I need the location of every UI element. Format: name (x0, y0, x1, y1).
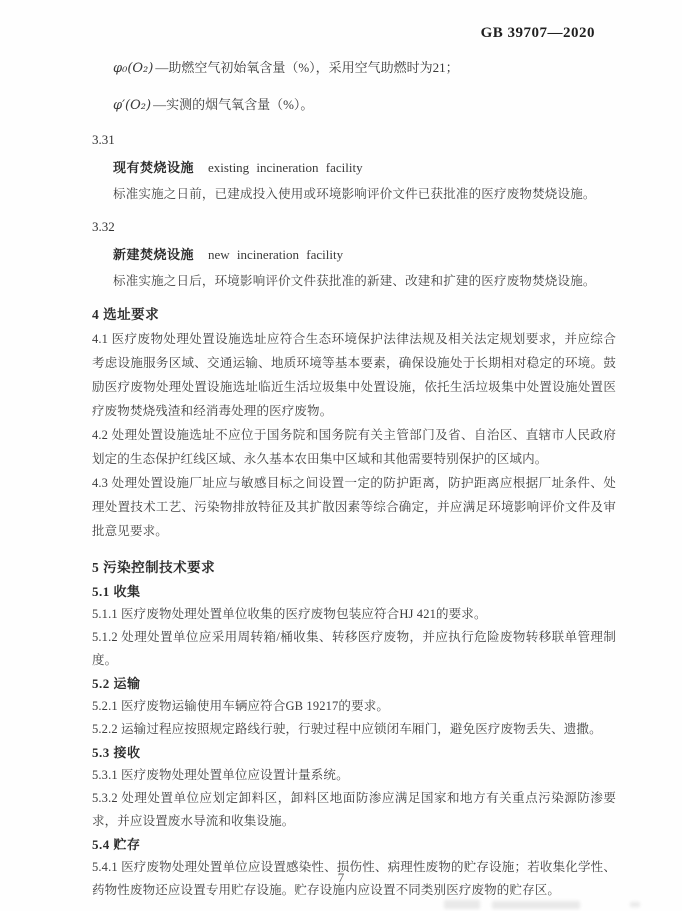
symbol-note: φ′(O₂)—实测的烟气氧含量（%）。 (113, 94, 616, 116)
clause-4-3: 4.3 处理处置设施厂址应与敏感目标之间设置一定的防护距离，防护距离应根据厂址条… (92, 471, 616, 543)
clause-5-2-2: 5.2.2 运输过程应按照规定路线行驶，行驶过程中应锁闭车厢门，避免医疗废物丢失… (92, 718, 616, 741)
clause-5-2-1: 5.2.1 医疗废物运输使用车辆应符合GB 19217的要求。 (92, 695, 616, 718)
section-5-pollution-control: 5 污染控制技术要求 5.1 收集 5.1.1 医疗废物处理处置单位收集的医疗废… (92, 556, 616, 902)
symbol-description: —助燃空气初始氧含量（%），采用空气助燃时为21； (155, 60, 458, 75)
doc-standard-number: GB 39707—2020 (0, 0, 682, 42)
clause-5-1-2: 5.1.2 处理处置单位应采用周转箱/桶收集、转移医疗废物，并应执行危险废物转移… (92, 626, 616, 672)
symbol-description: —实测的烟气氧含量（%）。 (153, 97, 313, 112)
term-english: existing incineration facility (208, 160, 363, 175)
term-title: 现有焚烧设施existing incineration facility (113, 159, 616, 176)
watermark-smudge-fragment (630, 902, 640, 907)
clause-5-3-2: 5.3.2 处理处置单位应划定卸料区，卸料区地面防渗应满足国家和地方有关重点污染… (92, 787, 616, 833)
term-definition: 标准实施之日前，已建成投入使用或环境影响评价文件已获批准的医疗废物焚烧设施。 (113, 186, 616, 203)
section-heading: 5 污染控制技术要求 (92, 556, 616, 580)
symbol-note: φ₀(O₂)—助燃空气初始氧含量（%），采用空气助燃时为21； (113, 57, 616, 79)
subsection-heading-5-2: 5.2 运输 (92, 672, 616, 695)
document-page: GB 39707—2020 φ₀(O₂)—助燃空气初始氧含量（%），采用空气助燃… (0, 0, 682, 911)
term-definition: 标准实施之日后，环境影响评价文件获批准的新建、改建和扩建的医疗废物焚烧设施。 (113, 273, 616, 290)
clause-5-1-1: 5.1.1 医疗废物处理处置单位收集的医疗废物包装应符合HJ 421的要求。 (92, 603, 616, 626)
term-title: 新建焚烧设施new incineration facility (113, 246, 616, 263)
symbol-term: φ′(O₂) (113, 98, 151, 113)
term-chinese: 现有焚烧设施 (113, 160, 194, 175)
symbol-term: φ₀(O₂) (113, 61, 153, 76)
clause-5-3-1: 5.3.1 医疗废物处理处置单位应设置计量系统。 (92, 764, 616, 787)
section-4-siting-requirements: 4 选址要求 4.1 医疗废物处理处置设施选址应符合生态环境保护法律法规及相关法… (92, 303, 616, 543)
clause-4-1: 4.1 医疗废物处理处置设施选址应符合生态环境保护法律法规及相关法定规划要求，并… (92, 327, 616, 423)
term-entry: 3.31 现有焚烧设施existing incineration facilit… (92, 131, 616, 203)
term-english: new incineration facility (208, 247, 343, 262)
watermark-smudge-fragment (492, 901, 580, 909)
term-chinese: 新建焚烧设施 (113, 247, 194, 262)
clause-4-2: 4.2 处理处置设施选址不应位于国务院和国务院有关主管部门及省、自治区、直辖市人… (92, 423, 616, 471)
page-number: 7 (0, 870, 682, 886)
subsection-heading-5-1: 5.1 收集 (92, 580, 616, 603)
term-number: 3.32 (92, 218, 616, 235)
page-content: φ₀(O₂)—助燃空气初始氧含量（%），采用空气助燃时为21； φ′(O₂)—实… (0, 57, 682, 902)
subsection-heading-5-3: 5.3 接收 (92, 741, 616, 764)
subsection-heading-5-4: 5.4 贮存 (92, 833, 616, 856)
term-number: 3.31 (92, 131, 616, 148)
section-heading: 4 选址要求 (92, 303, 616, 327)
term-entry: 3.32 新建焚烧设施new incineration facility 标准实… (92, 218, 616, 290)
